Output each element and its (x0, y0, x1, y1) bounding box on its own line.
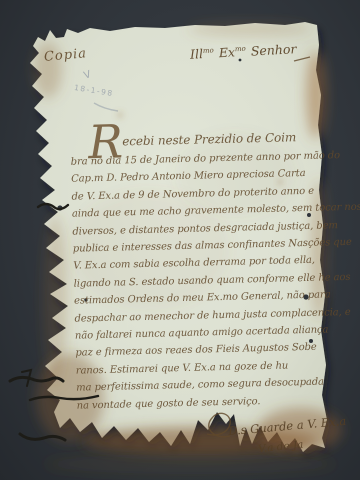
letter-body: R ecebi neste Prezidio de Coim bra no di… (58, 126, 335, 415)
photo-background: Copia IllmoExmoSenhor V 18-1-98 R ecebi … (0, 0, 360, 480)
drop-cap: R (88, 121, 124, 162)
salutation-text: Senhor (250, 41, 296, 58)
salutation-text: Illmo (190, 46, 215, 62)
salutation-text: Exmo (218, 44, 246, 60)
floor-dust (45, 454, 335, 474)
